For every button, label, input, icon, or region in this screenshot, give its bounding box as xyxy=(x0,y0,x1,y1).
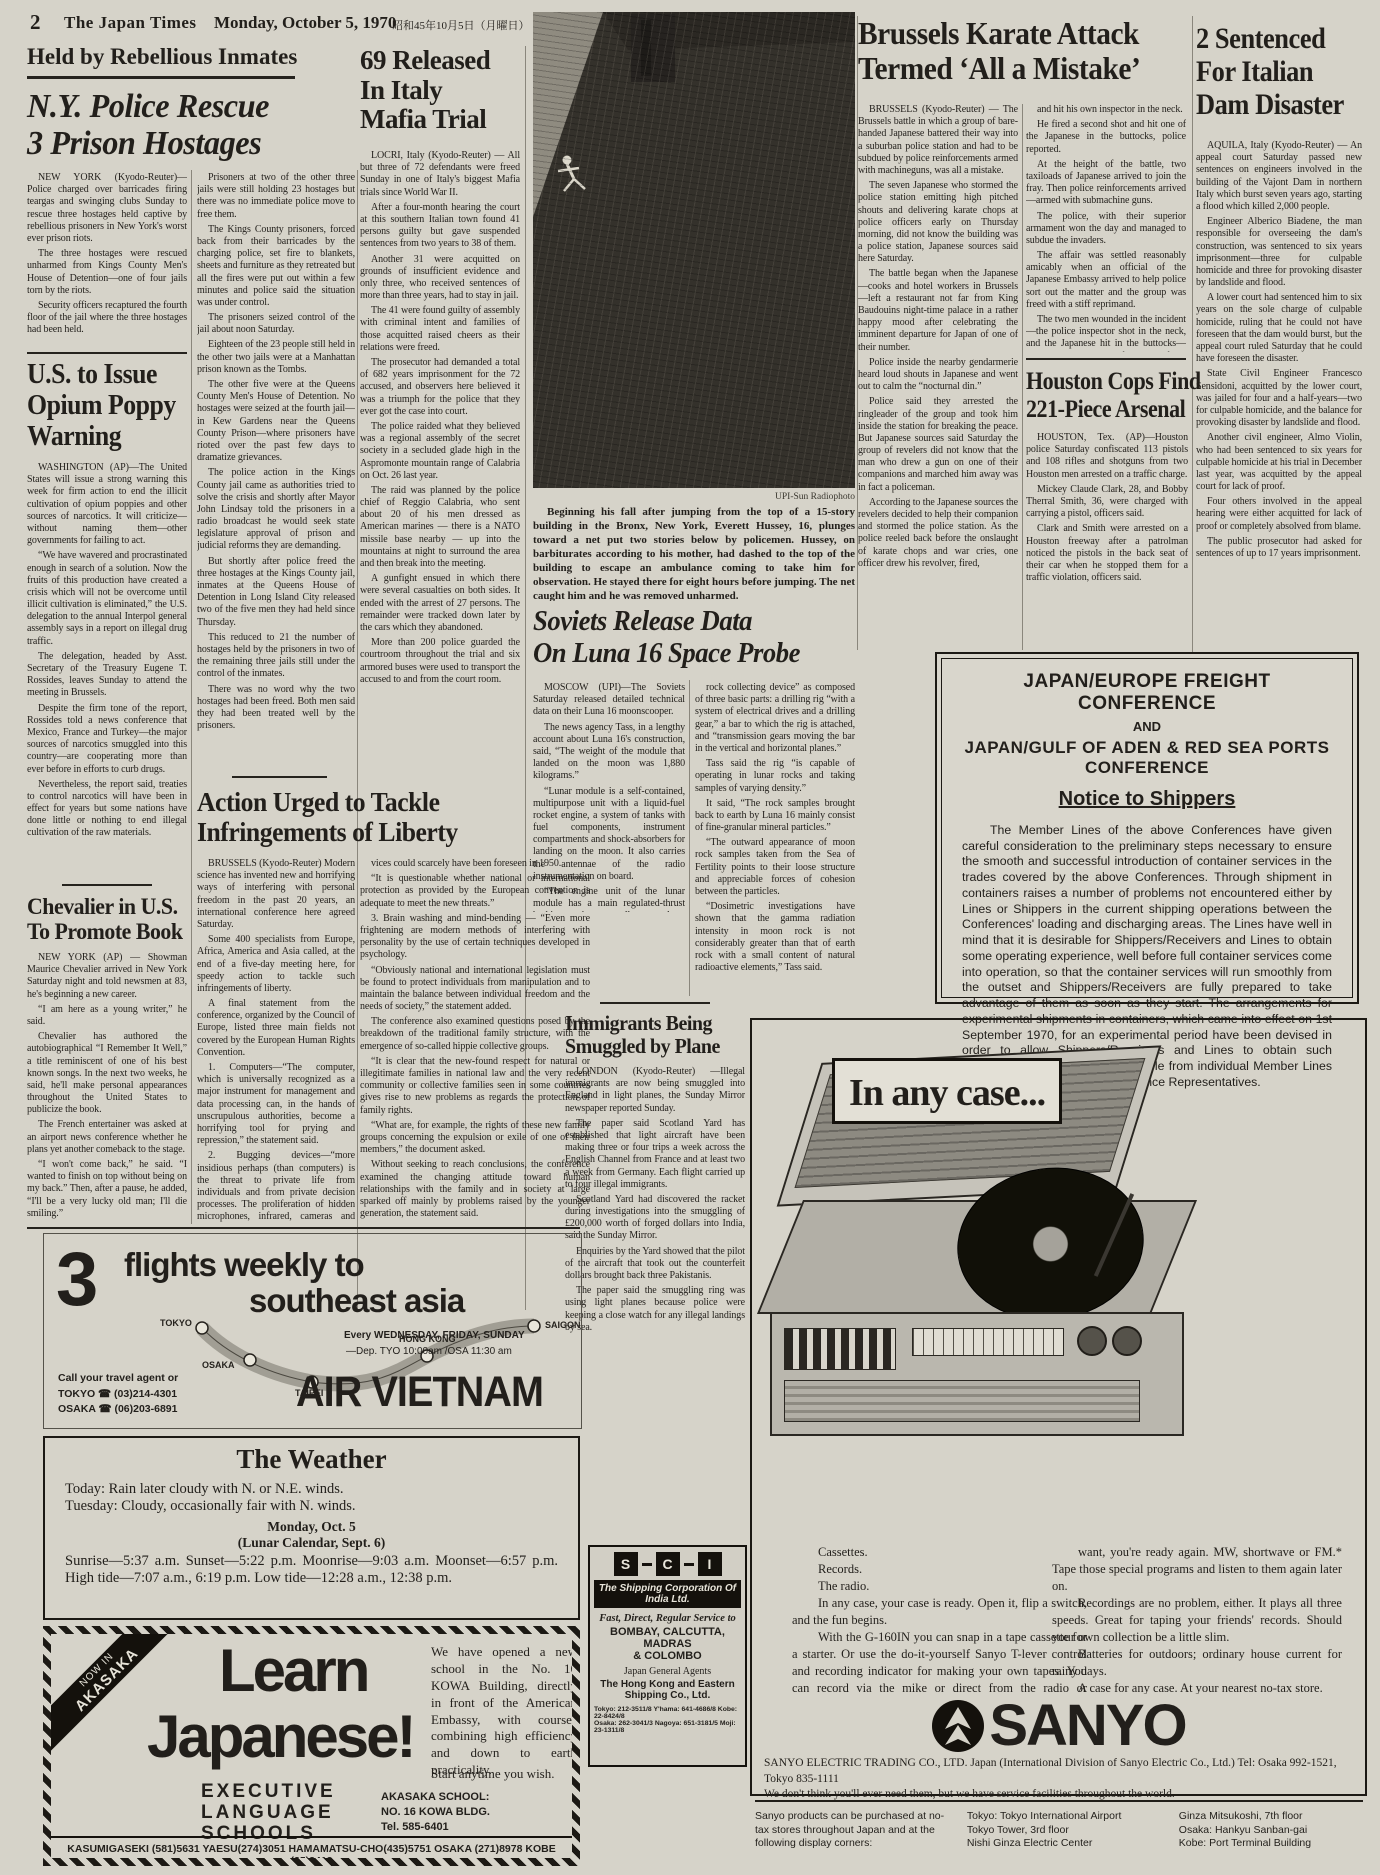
houston-body: HOUSTON, Tex. (AP)—Houston police Saturd… xyxy=(1026,432,1188,654)
weather-lunar: (Lunar Calendar, Sept. 6) xyxy=(65,1535,558,1551)
akasaka-school-info: AKASAKA SCHOOL: NO. 16 KOWA BLDG. Tel. 5… xyxy=(381,1790,490,1835)
air-vietnam-ad: 3 flights weekly to southeast asia TOKYO… xyxy=(43,1233,582,1429)
weather-date: Monday, Oct. 5 xyxy=(65,1519,558,1535)
japanese-word: Japanese! xyxy=(147,1702,414,1771)
sanyo-ad: In any case... Cassettes.Records.The rad… xyxy=(750,1018,1367,1796)
dam-body: AQUILA, Italy (Kyodo-Reuter) — An appeal… xyxy=(1196,140,1362,668)
chevalier-headline: Chevalier in U.S. To Promote Book xyxy=(27,894,183,945)
speaker-grille xyxy=(784,1380,1140,1422)
luna-headline: Soviets Release Data On Luna 16 Space Pr… xyxy=(533,606,800,670)
sanyo-dealers-intro: Sanyo products can be purchased at no-ta… xyxy=(755,1810,949,1851)
learn-japanese-ad: NOW IN AKASAKA Learn Japanese! We have o… xyxy=(43,1626,580,1866)
weather-today: Today: Rain later cloudy with N. or N.E.… xyxy=(65,1481,558,1498)
av-call: Call your travel agent or xyxy=(58,1372,178,1384)
ad-rule xyxy=(27,1227,580,1229)
section-rule xyxy=(1026,358,1186,360)
akasaka-label: AKASAKA SCHOOL: xyxy=(381,1790,490,1805)
akasaka-bldg: NO. 16 KOWA BLDG. xyxy=(381,1805,490,1820)
av-brand: AIR VIETNAM xyxy=(296,1368,543,1417)
tuner-dial xyxy=(912,1328,1064,1356)
sanyo-slogan: In any case... xyxy=(832,1058,1062,1124)
weather-box: The Weather Today: Rain later cloudy wit… xyxy=(43,1436,580,1620)
section-rule xyxy=(27,352,187,354)
ny-police-col1: NEW YORK (Kyodo-Reuter)—Police charged o… xyxy=(27,172,187,344)
sci-tagline: Fast, Direct, Regular Service to xyxy=(594,1613,741,1624)
city-label-osaka: OSAKA xyxy=(202,1360,235,1370)
luna-col2: rock collecting device” as composed of t… xyxy=(695,682,855,996)
section-rule xyxy=(62,884,152,886)
houston-headline: Houston Cops Find 221-Piece Arsenal xyxy=(1026,368,1201,423)
sanyo-dealers-osaka-kobe: Ginza Mitsukoshi, 7th floorOsaka: Hankyu… xyxy=(1179,1810,1363,1851)
av-phone-osaka: OSAKA ☎ (06)203-6891 xyxy=(58,1403,178,1415)
immigrants-headline: Immigrants Being Smuggled by Plane xyxy=(565,1012,720,1058)
sanyo-footer-line1: SANYO ELECTRIC TRADING CO., LTD. Japan (… xyxy=(764,1756,1354,1787)
photo-texture xyxy=(533,12,855,488)
issue-date: Monday, October 5, 1970 xyxy=(214,13,396,33)
ny-police-headline: N.Y. Police Rescue 3 Prison Hostages xyxy=(27,88,269,163)
photo-caption: Beginning his fall after jumping from th… xyxy=(533,505,855,601)
sci-phones1: Tokyo: 212-3511/8 Y'hama: 641-4686/8 Kob… xyxy=(594,1706,741,1720)
school-pitch: We have opened a new school in the No. 1… xyxy=(431,1644,577,1779)
sanyo-dealers-tokyo: Tokyo: Tokyo International AirportTokyo … xyxy=(967,1810,1161,1851)
section-rule xyxy=(600,1002,710,1004)
column-rule xyxy=(689,680,690,996)
kicker-rule xyxy=(27,76,295,79)
mafia-body: LOCRI, Italy (Kyodo-Reuter) — All but th… xyxy=(360,150,520,748)
opium-body: WASHINGTON (AP)—The United States will i… xyxy=(27,462,187,876)
weather-tuesday: Tuesday: Cloudy, occasionally fair with … xyxy=(65,1498,558,1515)
action-col1: BRUSSELS (Kyodo-Reuter) Modern science h… xyxy=(197,858,355,1224)
school-name-line2: LANGUAGE xyxy=(201,1803,336,1824)
sci-logo-dash xyxy=(642,1563,652,1566)
sci-agents-label: Japan General Agents xyxy=(594,1666,741,1677)
sanyo-copy-left: Cassettes.Records.The radio.In any case,… xyxy=(792,1544,1087,1694)
mafia-headline: 69 Released In Italy Mafia Trial xyxy=(360,46,490,135)
sci-logo-letter: S xyxy=(614,1552,638,1576)
sanyo-logo-icon xyxy=(931,1699,985,1753)
notice-header-1: JAPAN/EUROPE FREIGHT CONFERENCE xyxy=(962,671,1332,715)
sanyo-logo-word: SANYO xyxy=(989,1693,1185,1758)
learn-word: Learn xyxy=(219,1636,367,1705)
av-line1: flights weekly to xyxy=(124,1246,364,1284)
ny-police-col2: Prisoners at two of the other three jail… xyxy=(197,172,355,768)
city-label-tokyo: TOKYO xyxy=(160,1318,192,1328)
column-rule xyxy=(357,170,358,1310)
column-rule xyxy=(1192,16,1193,668)
player-front xyxy=(770,1312,1184,1436)
section-rule xyxy=(232,776,327,778)
paper-title: The Japan Times xyxy=(64,13,197,33)
sanyo-logo: SANYO xyxy=(752,1692,1365,1759)
chevalier-body: NEW YORK (AP) — Showman Maurice Chevalie… xyxy=(27,952,187,1224)
sci-logo-letter: I xyxy=(698,1552,722,1576)
ny-police-kicker: Held by Rebellious Inmates xyxy=(27,44,297,70)
sanyo-copy-right: want, you're ready again. MW, shortwave … xyxy=(1052,1544,1342,1694)
masthead-japanese-text: 昭和45年10月5日（月曜日） xyxy=(392,17,530,33)
sci-logo-letter: C xyxy=(656,1552,680,1576)
immigrants-body: LONDON (Kyodo-Reuter) —Illegal immigrant… xyxy=(565,1066,745,1538)
weather-almanac: Sunrise—5:37 a.m. Sunset—5:22 p.m. Moonr… xyxy=(65,1553,558,1587)
notice-header-2: AND xyxy=(962,719,1332,734)
sanyo-dealer-strip: Sanyo products can be purchased at no-ta… xyxy=(755,1800,1363,1851)
brussels-headline: Brussels Karate Attack Termed ‘All a Mis… xyxy=(858,16,1140,86)
weather-title: The Weather xyxy=(65,1444,558,1475)
knob xyxy=(1077,1326,1107,1356)
column-rule xyxy=(1022,104,1023,650)
av-phone-tokyo: TOKYO ☎ (03)214-4301 xyxy=(58,1388,177,1400)
sanyo-footer: SANYO ELECTRIC TRADING CO., LTD. Japan (… xyxy=(764,1756,1354,1803)
opium-headline: U.S. to Issue Opium Poppy Warning xyxy=(27,360,176,452)
notice-title: Notice to Shippers xyxy=(962,788,1332,811)
school-pitch2: Start anytime you wish. xyxy=(431,1766,577,1782)
sci-agents-name: The Hong Kong and Eastern Shipping Co., … xyxy=(594,1679,741,1701)
photo-credit: UPI-Sun Radiophoto xyxy=(533,492,855,502)
av-number: 3 xyxy=(56,1236,98,1323)
action-headline: Action Urged to Tackle Infringements of … xyxy=(197,788,458,847)
sci-ports1: BOMBAY, CALCUTTA, MADRAS xyxy=(594,1626,741,1650)
freight-conference-notice: JAPAN/EUROPE FREIGHT CONFERENCE AND JAPA… xyxy=(935,652,1359,1004)
sci-ports2: & COLOMBO xyxy=(594,1650,741,1662)
dam-headline: 2 Sentenced For Italian Dam Disaster xyxy=(1196,22,1344,121)
sci-logo: S C I xyxy=(594,1552,741,1576)
cassette-keys xyxy=(784,1328,896,1370)
notice-header-3: JAPAN/GULF OF ADEN & RED SEA PORTS CONFE… xyxy=(962,738,1332,778)
brussels-col2: and hit his own inspector in the neck.He… xyxy=(1026,104,1186,352)
sci-phones2: Osaka: 262-3041/3 Nagoya: 651-3181/5 Moj… xyxy=(594,1720,741,1734)
sci-ad: S C I The Shipping Corporation Of India … xyxy=(588,1545,747,1767)
brussels-col1: BRUSSELS (Kyodo-Reuter) — The Brussels b… xyxy=(858,104,1018,650)
newspaper-page: 2 The Japan Times Monday, October 5, 197… xyxy=(0,0,1380,1875)
sci-logo-dash xyxy=(684,1563,694,1566)
column-rule xyxy=(191,170,192,1224)
luna-col1: MOSCOW (UPI)—The Soviets Saturday releas… xyxy=(533,682,685,912)
page-number: 2 xyxy=(30,10,41,35)
city-label-saigon: SAIGON xyxy=(545,1320,581,1330)
akasaka-tel: Tel. 585-6401 xyxy=(381,1820,490,1835)
av-schedule2: —Dep. TYO 10:00am /OSA 11:30 am xyxy=(346,1346,512,1357)
knob xyxy=(1112,1326,1142,1356)
hostage-jump-photo xyxy=(533,12,855,488)
school-name-line1: EXECUTIVE xyxy=(201,1782,336,1803)
av-schedule1: Every WEDNESDAY, FRIDAY, SUNDAY xyxy=(344,1330,525,1341)
sci-name-bar: The Shipping Corporation Of India Ltd. xyxy=(594,1580,741,1608)
school-phones-strip: KASUMIGASEKI (581)5631 YAESU(274)3051 HA… xyxy=(51,1836,572,1866)
photo-caption-text: Beginning his fall after jumping from th… xyxy=(533,505,855,601)
